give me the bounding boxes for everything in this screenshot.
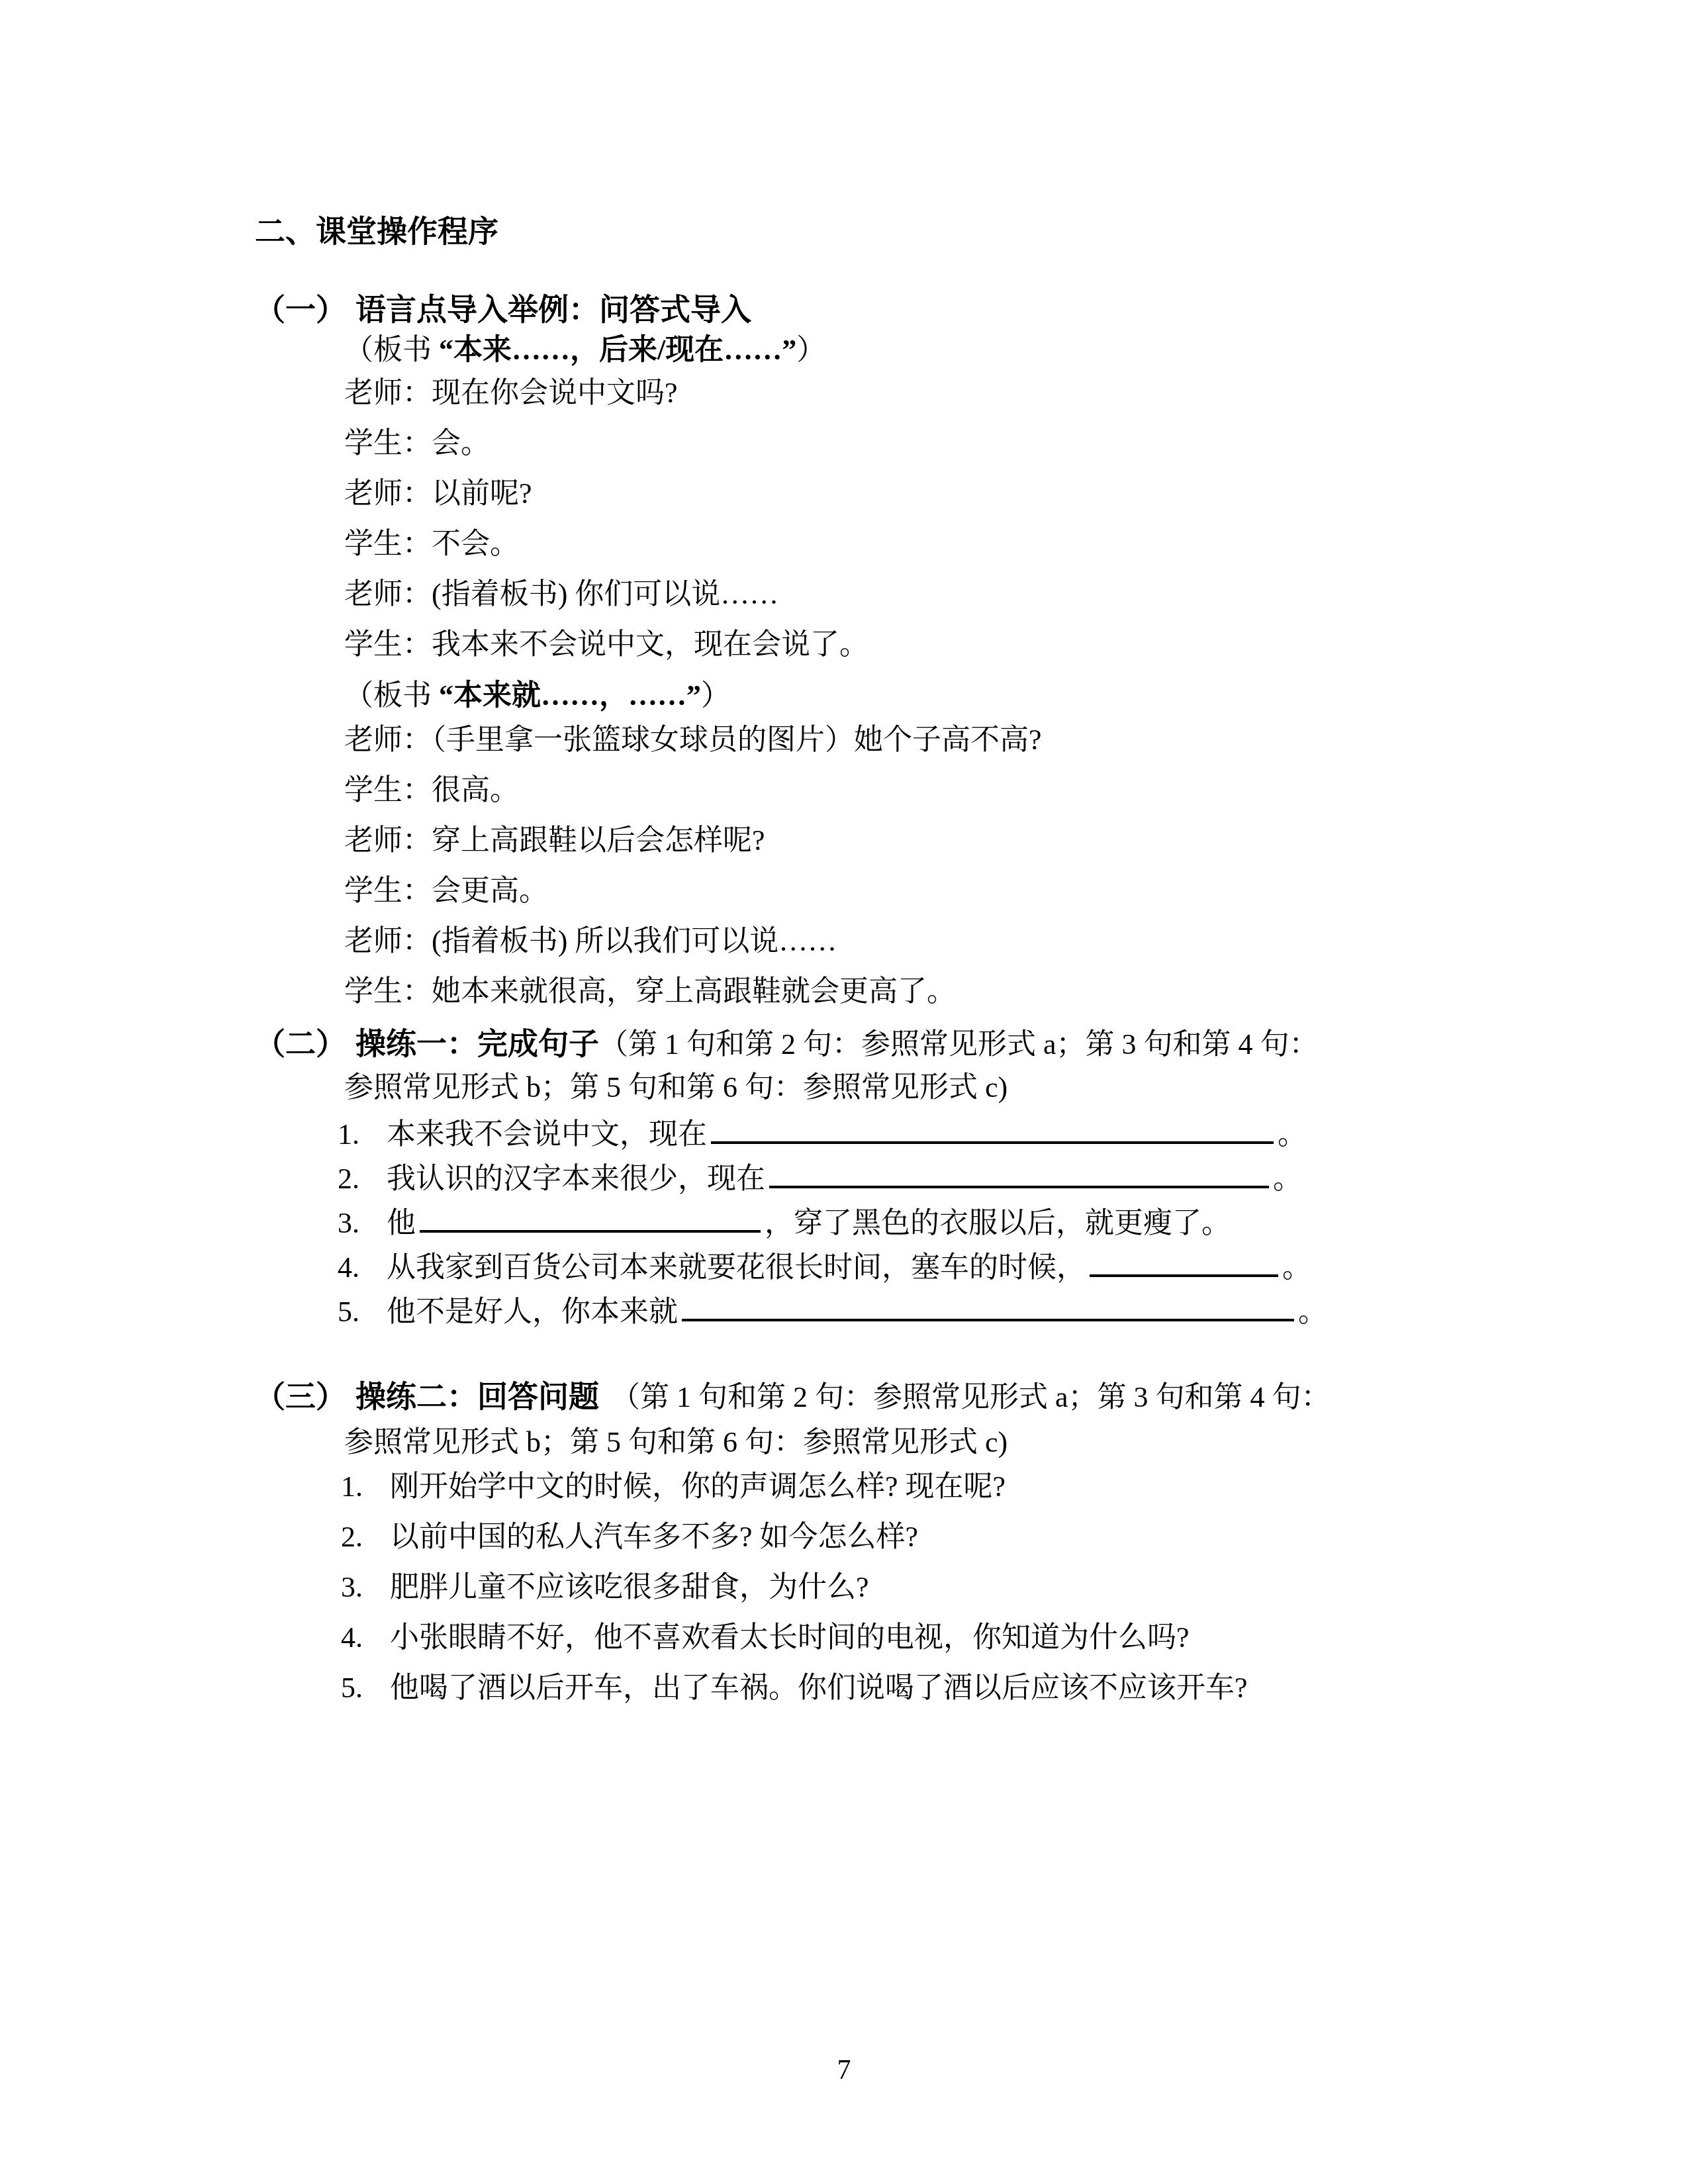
exercise1-item: 1.本来我不会说中文，现在。	[338, 1112, 1327, 1157]
exercise1-item: 2.我认识的汉字本来很少，现在。	[338, 1157, 1327, 1201]
dialog-line: 老师：（手里拿一张篮球女球员的图片）她个子高不高?	[344, 715, 1042, 765]
board2-suffix: ）	[701, 679, 730, 712]
exercise2-item: 2.以前中国的私人汽车多不多? 如今怎么样?	[341, 1512, 1248, 1562]
item-text-post: ，穿了黑色的衣服以后，就更瘦了。	[765, 1207, 1231, 1239]
item-number: 2.	[338, 1157, 387, 1201]
item-text: 肥胖儿童不应该吃很多甜食，为什么?	[390, 1571, 869, 1603]
item-text-pre: 他不是好人，你本来就	[387, 1296, 678, 1328]
exercise1-list: 1.本来我不会说中文，现在。 2.我认识的汉字本来很少，现在。 3.他，穿了黑色…	[338, 1112, 1327, 1334]
section3-label: （三）	[255, 1380, 346, 1413]
item-number: 4.	[341, 1613, 390, 1663]
dialog-line: 老师：以前呢?	[344, 469, 868, 519]
section3-note-line1: （第 1 句和第 2 句：参照常见形式 a；第 3 句和第 4 句：	[611, 1381, 1331, 1413]
item-number: 3.	[338, 1201, 387, 1245]
dialog-line: 老师：穿上高跟鞋以后会怎样呢?	[344, 816, 1042, 866]
section2-note-line2: 参照常见形式 b；第 5 句和第 6 句：参照常见形式 c)	[344, 1067, 1008, 1108]
exercise2-list: 1.刚开始学中文的时候，你的声调怎么样? 现在呢? 2.以前中国的私人汽车多不多…	[341, 1462, 1248, 1713]
exercise1-item: 4.从我家到百货公司本来就要花很长时间，塞车的时候，。	[338, 1245, 1327, 1290]
item-number: 2.	[341, 1512, 390, 1562]
exercise1-item: 3.他，穿了黑色的衣服以后，就更瘦了。	[338, 1201, 1327, 1245]
item-text-pre: 本来我不会说中文，现在	[387, 1118, 707, 1151]
board2-pattern: “本来就……，……”	[439, 679, 701, 712]
fill-blank-line	[682, 1313, 1294, 1321]
dialog-line: 学生：会。	[344, 418, 868, 469]
item-text-pre: 我认识的汉字本来很少，现在	[387, 1163, 765, 1195]
section3-heading-text: 操练二：回答问题	[355, 1380, 599, 1413]
section2-note-line1: （第 1 句和第 2 句：参照常见形式 a；第 3 句和第 4 句：	[599, 1028, 1319, 1061]
item-number: 5.	[341, 1663, 390, 1713]
section2-heading: （二）操练一：完成句子（第 1 句和第 2 句：参照常见形式 a；第 3 句和第…	[255, 1023, 1319, 1065]
item-text-post: 。	[1282, 1251, 1311, 1284]
page-number: 7	[0, 2051, 1688, 2090]
dialog-line: 学生：我本来不会说中文，现在会说了。	[344, 620, 868, 670]
item-number: 1.	[338, 1112, 387, 1157]
board-writing-2: （板书 “本来就……，……”）	[344, 675, 730, 716]
dialog-line: 老师：现在你会说中文吗?	[344, 368, 868, 418]
section1-label: （一）	[255, 293, 346, 326]
page-title: 二、课堂操作程序	[255, 211, 498, 253]
item-text-post: 。	[1278, 1118, 1307, 1151]
exercise2-item: 3.肥胖儿童不应该吃很多甜食，为什么?	[341, 1562, 1248, 1613]
section2-heading-text: 操练一：完成句子	[355, 1027, 599, 1061]
section2-label: （二）	[255, 1027, 346, 1061]
exercise2-item: 5.他喝了酒以后开车，出了车祸。你们说喝了酒以后应该不应该开车?	[341, 1663, 1248, 1713]
exercise2-item: 4.小张眼睛不好，他不喜欢看太长时间的电视，你知道为什么吗?	[341, 1613, 1248, 1663]
dialog-line: 学生：不会。	[344, 519, 868, 569]
item-number: 1.	[341, 1462, 390, 1512]
exercise2-item: 1.刚开始学中文的时候，你的声调怎么样? 现在呢?	[341, 1462, 1248, 1512]
fill-blank-line	[769, 1180, 1269, 1188]
item-text: 以前中国的私人汽车多不多? 如今怎么样?	[390, 1521, 918, 1553]
fill-blank-line	[711, 1136, 1274, 1144]
dialog-line: 学生：很高。	[344, 765, 1042, 816]
board1-prefix: （板书	[344, 334, 439, 366]
section1-heading: （一）语言点导入举例：问答式导入	[255, 289, 751, 331]
dialog-line: 老师：(指着板书) 你们可以说……	[344, 569, 868, 620]
item-text: 他喝了酒以后开车，出了车祸。你们说喝了酒以后应该不应该开车?	[390, 1672, 1248, 1704]
dialog-line: 老师：(指着板书) 所以我们可以说……	[344, 916, 1042, 967]
section3-heading: （三）操练二：回答问题（第 1 句和第 2 句：参照常见形式 a；第 3 句和第…	[255, 1376, 1331, 1418]
fill-blank-line	[420, 1225, 761, 1233]
board1-suffix: ）	[796, 334, 825, 366]
dialog-line: 学生：会更高。	[344, 866, 1042, 916]
item-text: 刚开始学中文的时候，你的声调怎么样? 现在呢?	[390, 1470, 1006, 1503]
board1-pattern: “本来……，后来/现在……”	[439, 334, 796, 366]
dialog-block-2: 老师：（手里拿一张篮球女球员的图片）她个子高不高? 学生：很高。 老师：穿上高跟…	[344, 715, 1042, 1017]
board-writing-1: （板书 “本来……，后来/现在……”）	[344, 330, 825, 371]
dialog-line: 学生：她本来就很高，穿上高跟鞋就会更高了。	[344, 967, 1042, 1017]
exercise1-item: 5.他不是好人，你本来就。	[338, 1290, 1327, 1334]
fill-blank-line	[1090, 1269, 1278, 1277]
section1-heading-text: 语言点导入举例：问答式导入	[355, 293, 751, 326]
item-number: 3.	[341, 1562, 390, 1613]
document-page: 二、课堂操作程序 （一）语言点导入举例：问答式导入 （板书 “本来……，后来/现…	[0, 0, 1688, 2184]
item-number: 4.	[338, 1245, 387, 1290]
item-number: 5.	[338, 1290, 387, 1334]
item-text-pre: 从我家到百货公司本来就要花很长时间，塞车的时候，	[387, 1251, 1086, 1284]
board2-prefix: （板书	[344, 679, 439, 712]
item-text-post: 。	[1273, 1163, 1302, 1195]
item-text-post: 。	[1298, 1296, 1327, 1328]
dialog-block-1: 老师：现在你会说中文吗? 学生：会。 老师：以前呢? 学生：不会。 老师：(指着…	[344, 368, 868, 670]
section3-note-line2: 参照常见形式 b；第 5 句和第 6 句：参照常见形式 c)	[344, 1422, 1008, 1463]
item-text: 小张眼睛不好，他不喜欢看太长时间的电视，你知道为什么吗?	[390, 1621, 1190, 1654]
item-text-pre: 他	[387, 1207, 416, 1239]
